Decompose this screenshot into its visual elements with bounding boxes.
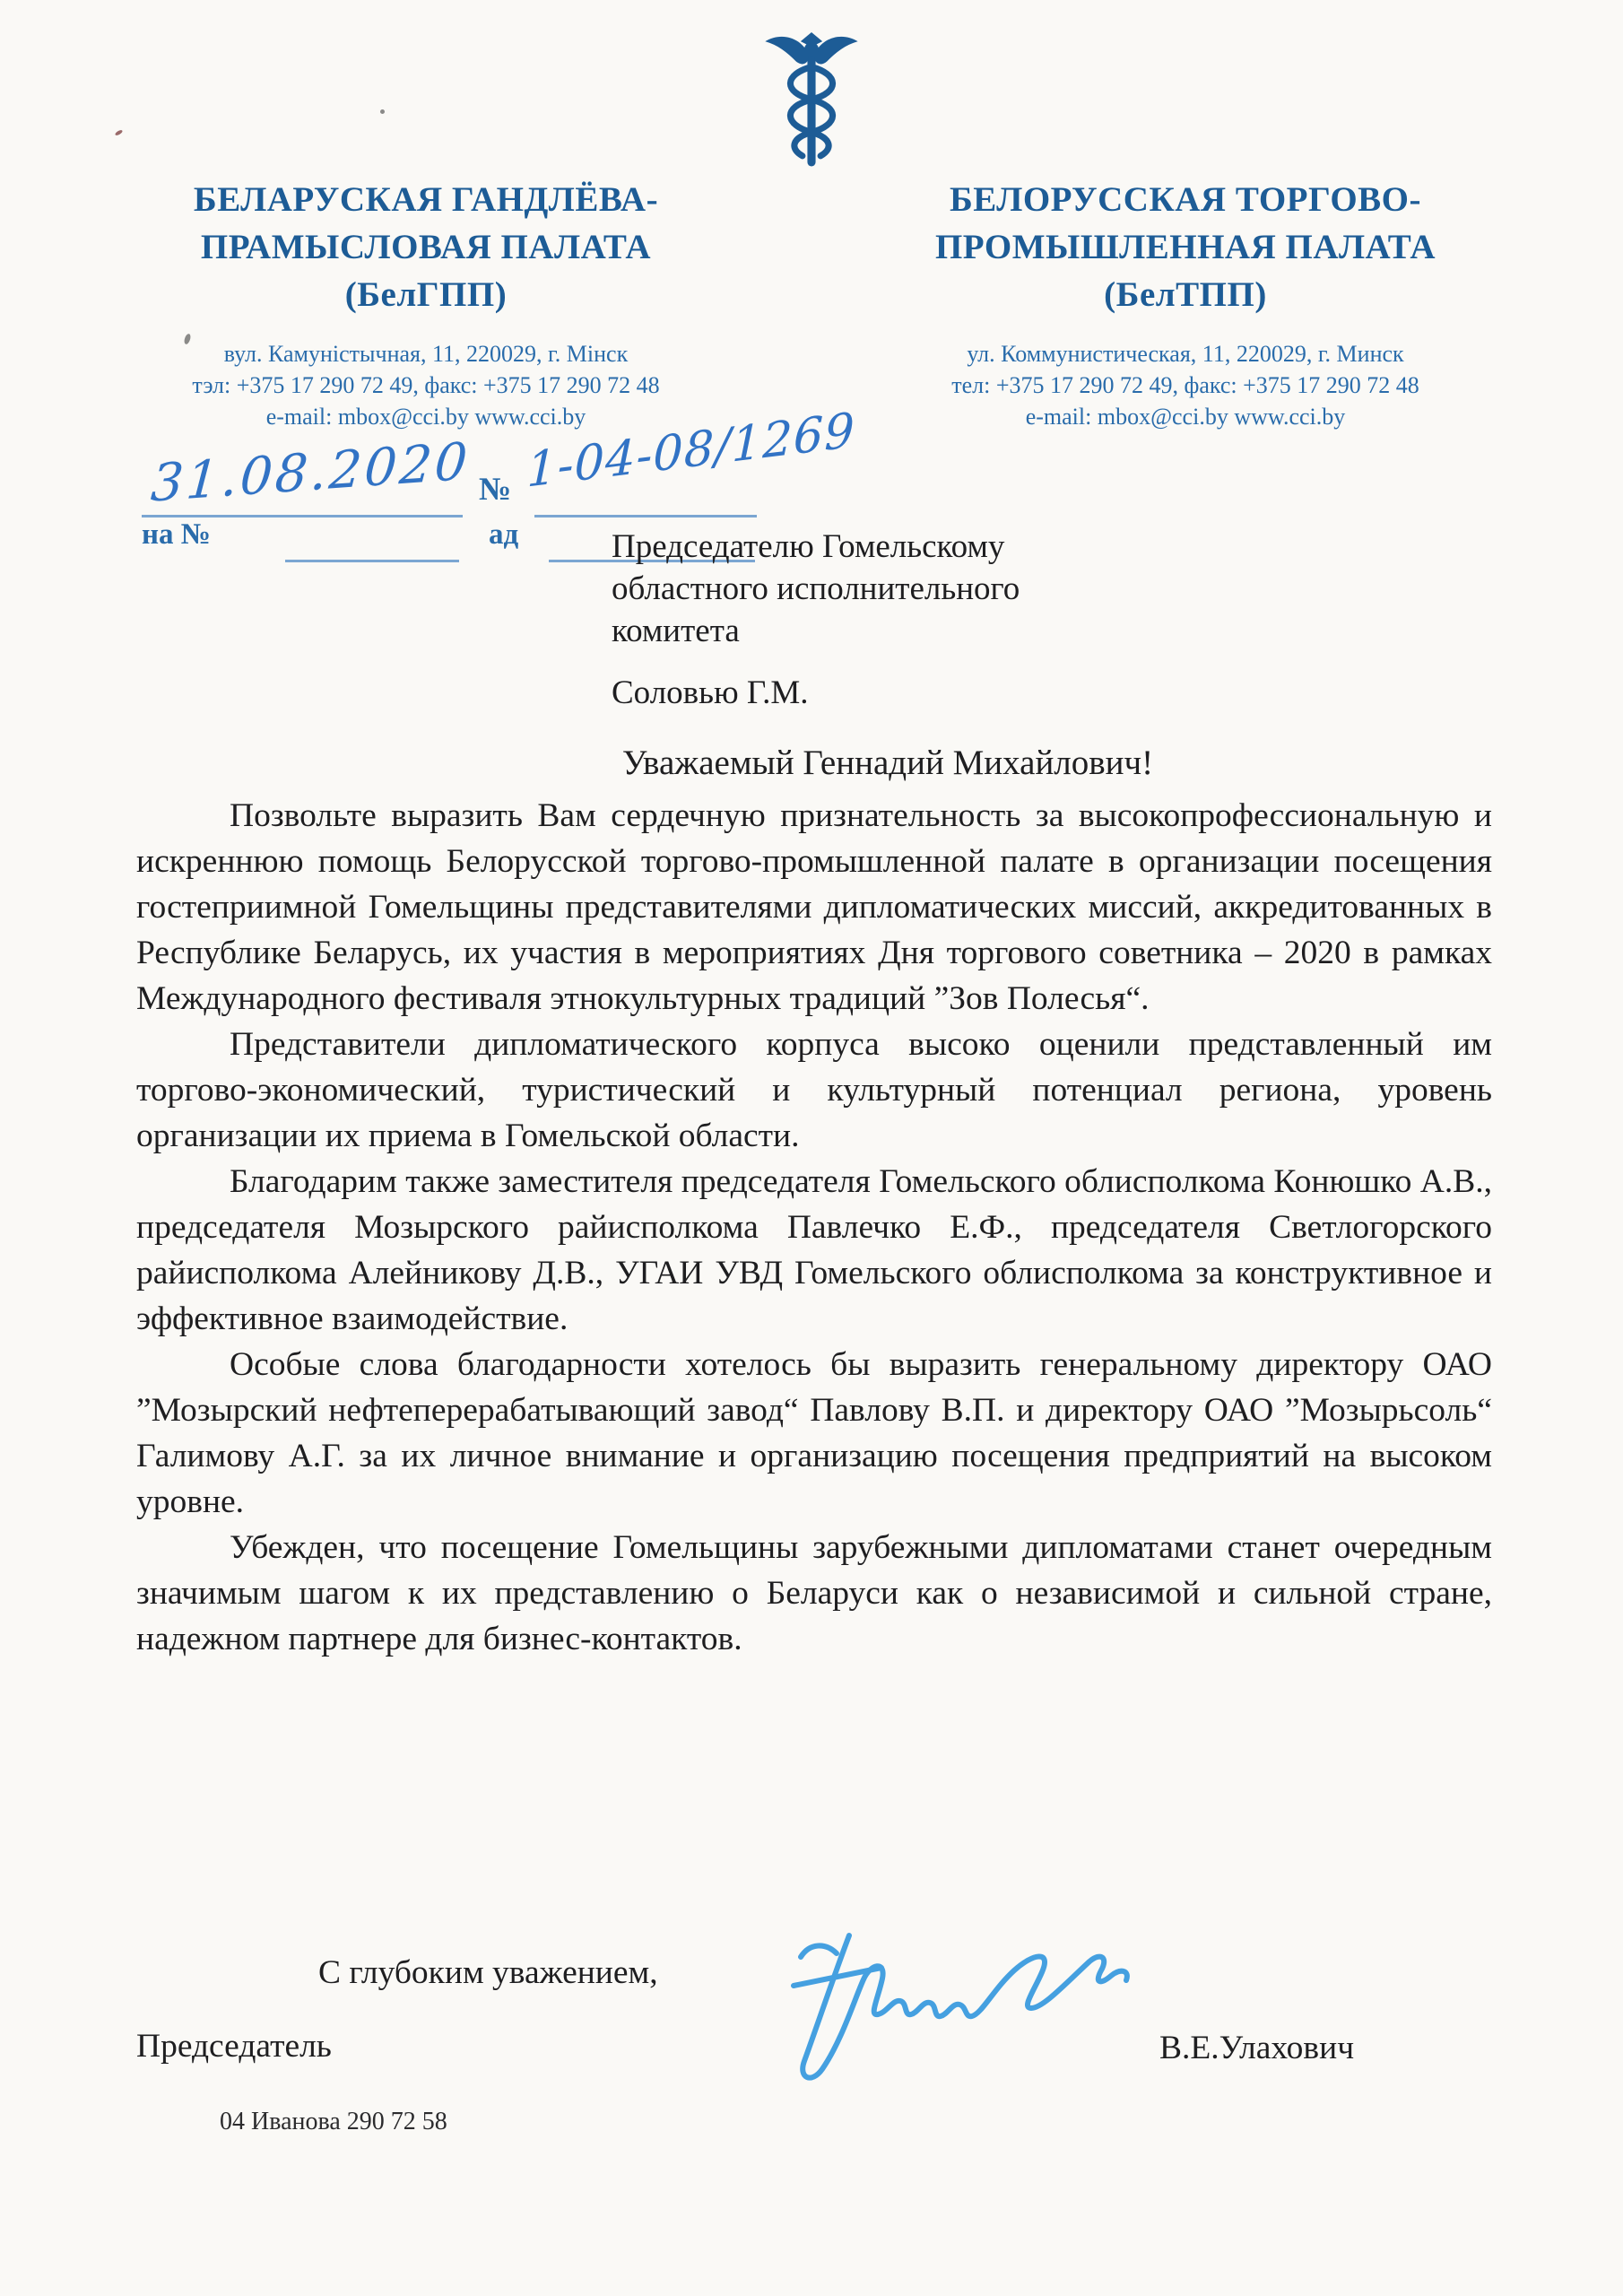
valediction: С глубоким уважением, xyxy=(318,1953,658,1992)
salutation: Уважаемый Геннадий Михайлович! xyxy=(368,743,1408,783)
body-paragraph: Особые слова благодарности хотелось бы в… xyxy=(136,1342,1492,1525)
recipient-block: Председателю Гомельскому областного испо… xyxy=(612,526,1020,714)
reply-to-number-label: на № xyxy=(142,518,211,552)
body-paragraph: Позвольте выразить Вам сердечную признат… xyxy=(136,793,1492,1022)
letter-body: Позвольте выразить Вам сердечную признат… xyxy=(136,793,1492,1662)
org-address-line: ул. Коммунистическая, 11, 220029, г. Мин… xyxy=(898,338,1472,370)
org-title-line: (БелТПП) xyxy=(898,271,1472,318)
body-paragraph: Благодарим также заместителя председател… xyxy=(136,1159,1492,1342)
org-title-line: (БелГПП) xyxy=(139,271,713,318)
org-address-line: тэл: +375 17 290 72 49, факс: +375 17 29… xyxy=(139,370,713,401)
body-paragraph: Убежден, что посещение Гомельщины зарубе… xyxy=(136,1525,1492,1662)
org-address-line: вул. Камуністычная, 11, 220029, г. Мінск xyxy=(139,338,713,370)
org-title-line: ПРАМЫСЛОВАЯ ПАЛАТА xyxy=(139,223,713,271)
org-address-line: e-mail: mbox@cci.by www.cci.by xyxy=(139,401,713,432)
handwritten-signature xyxy=(767,1916,1152,2109)
letterhead-belarusian: БЕЛАРУСКАЯ ГАНДЛЁВА- ПРАМЫСЛОВАЯ ПАЛАТА … xyxy=(139,176,713,432)
org-address-line: тел: +375 17 290 72 49, факс: +375 17 29… xyxy=(898,370,1472,401)
outgoing-date-handwritten: 31.08.2020 xyxy=(149,431,472,513)
recipient-address-line: комитета xyxy=(612,610,1020,652)
date-blank-line xyxy=(142,515,463,517)
org-title-line: ПРОМЫШЛЕННАЯ ПАЛАТА xyxy=(898,223,1472,271)
scanned-letter-page: БЕЛАРУСКАЯ ГАНДЛЁВА- ПРАМЫСЛОВАЯ ПАЛАТА … xyxy=(0,0,1623,2296)
org-title-line: БЕЛАРУСКАЯ ГАНДЛЁВА- xyxy=(139,176,713,223)
org-title-line: БЕЛОРУССКАЯ ТОРГОВО- xyxy=(898,176,1472,223)
signer-name: В.Е.Улахович xyxy=(1159,2029,1354,2067)
recipient-address-line: Председателю Гомельскому xyxy=(612,526,1020,568)
body-paragraph: Представители дипломатического корпуса в… xyxy=(136,1022,1492,1159)
scan-speck xyxy=(380,109,385,114)
reply-number-blank-line xyxy=(285,560,459,562)
org-address-line: e-mail: mbox@cci.by www.cci.by xyxy=(898,401,1472,432)
number-blank-line xyxy=(534,515,757,517)
scan-speck xyxy=(115,129,124,136)
caduceus-icon xyxy=(756,30,867,167)
signer-position: Председатель xyxy=(136,2027,332,2066)
recipient-address-line: областного исполнительного xyxy=(612,568,1020,610)
recipient-name: Соловью Г.М. xyxy=(612,672,1020,714)
number-sign-label: № xyxy=(479,470,511,508)
letterhead-russian: БЕЛОРУССКАЯ ТОРГОВО- ПРОМЫШЛЕННАЯ ПАЛАТА… xyxy=(898,176,1472,432)
executor-note: 04 Иванова 290 72 58 xyxy=(220,2108,447,2136)
reply-from-date-label: ад xyxy=(489,518,518,552)
